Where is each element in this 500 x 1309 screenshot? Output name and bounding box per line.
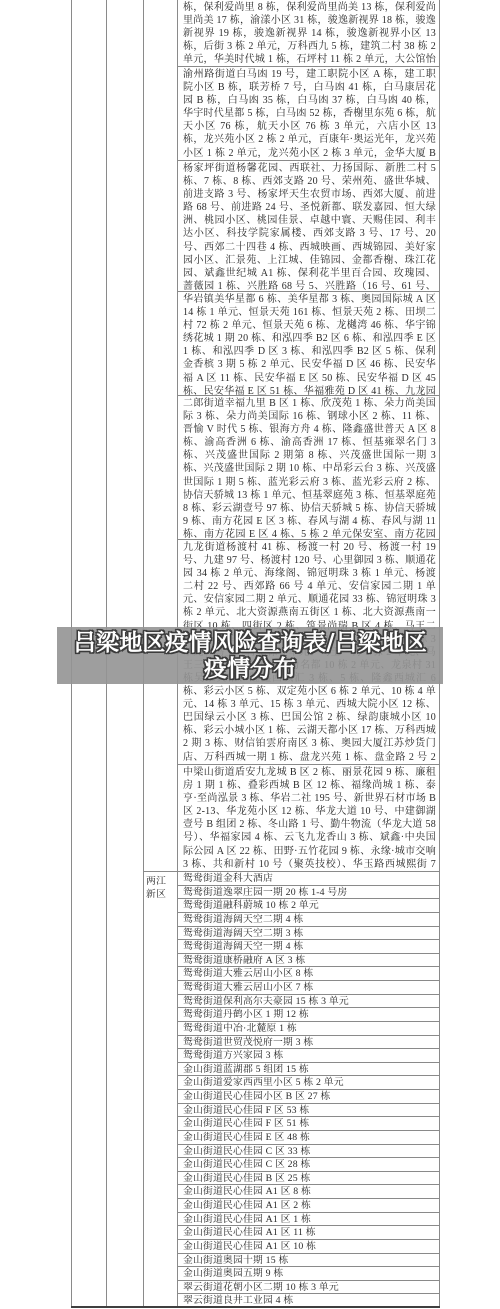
building-row: 鸳鸯街道海阔天空二期 4 栋: [178, 913, 439, 927]
address-cell-huayan: 华岩镇美华星都 6 栋、美华星都 3 栋、奥园国际城 A 区 14 栋 1 单元…: [178, 292, 439, 396]
building-row: 鸳鸯街道海阔天空一期 4 栋: [178, 940, 439, 954]
building-row: 金山街道蓝湖郡 5 组团 15 栋: [178, 1063, 439, 1077]
building-row: 金山街道民心佳园 A1 区 8 栋: [178, 1185, 439, 1199]
building-row: 金山街道奥园五期 9 栋: [178, 1267, 439, 1281]
building-row: 翠云街道良井工业园 4 栋: [178, 1294, 439, 1308]
address-cell-continued: 栋，保利爱尚里 8 栋，保利爱尚里尚美 13 栋，保利爱尚里尚美 17 栋，渝漾…: [178, 0, 439, 67]
building-row: 鸳鸯街道金科大酒店: [178, 872, 439, 886]
address-cell-zhongliangshan: 中梁山街道盾安九龙城 B 区 2 栋、丽景花园 9 栋、廉租房 1 期 1 栋、…: [178, 765, 439, 872]
building-row: 金山街道民心佳园 A1 区 10 栋: [178, 1240, 439, 1254]
building-row: 金山街道民心佳园 A1 区 11 栋: [178, 1226, 439, 1240]
address-column: 栋，保利爱尚里 8 栋，保利爱尚里尚美 13 栋，保利爱尚里尚美 17 栋，渝漾…: [178, 0, 439, 872]
building-row: 金山街道民心佳园 A1 区 1 栋: [178, 1213, 439, 1227]
building-row: 鸳鸯街道方兴家园 3 栋: [178, 1049, 439, 1063]
address-cell-yangjiaping: 杨家坪街道杨馨花园、西联社、力扬国际、新胜二村 5 栋、7 栋、8 栋、西郊支路…: [178, 161, 439, 292]
building-row: 金山街道爱家西西里小区 5 栋 2 单元: [178, 1076, 439, 1090]
building-row-list: 鸳鸯街道金科大酒店鸳鸯街道逸翠庄园一期 20 栋 1-4 号房鸳鸯街道融科蔚城 …: [178, 872, 439, 1308]
building-row: 金山街道奥园十期 15 栋: [178, 1254, 439, 1268]
district-label: 两江新区: [146, 876, 176, 902]
building-row: 鸳鸯街道融科蔚城 10 栋 2 单元: [178, 899, 439, 913]
building-row: 鸳鸯街道康桥融府 A 区 3 栋: [178, 954, 439, 968]
building-row: 金山街道民心佳园 A1 区 2 栋: [178, 1199, 439, 1213]
building-row: 鸳鸯街道世贸茂悦府一期 3 栋: [178, 1036, 439, 1050]
epidemic-risk-table-page: 两江新区 栋，保利爱尚里 8 栋，保利爱尚里尚美 13 栋，保利爱尚里尚美 17…: [0, 0, 500, 1309]
building-row: 鸳鸯街道大雅云居山小区 8 栋: [178, 967, 439, 981]
district-row-divider: [143, 871, 177, 872]
building-row: 鸳鸯街道大雅云居山小区 7 栋: [178, 981, 439, 995]
building-row: 金山街道民心佳园 E 区 48 栋: [178, 1131, 439, 1145]
page-title: 吕梁地区疫情风险查询表/吕梁地区疫情分布: [62, 630, 438, 682]
building-row: 鸳鸯街道海阔天空二期 3 栋: [178, 927, 439, 941]
building-row: 鸳鸯街道保利高尔夫豪园 15 栋 3 单元: [178, 995, 439, 1009]
building-row: 金山街道民心佳园 F 区 53 栋: [178, 1104, 439, 1118]
building-row: 金山街道民心佳园 C 区 28 栋: [178, 1158, 439, 1172]
address-cell-yuzhoulu: 渝州路街道白马凼 19 号，建工职院小区 A 栋，建工职院小区 B 栋，联芳桥 …: [178, 67, 439, 161]
building-row: 金山街道民心佳园小区 B 区 27 栋: [178, 1090, 439, 1104]
building-row: 鸳鸯街道中冶·北麓原 1 栋: [178, 1022, 439, 1036]
building-row: 鸳鸯街道丹鹤小区 1 期 12 栋: [178, 1008, 439, 1022]
building-row: 金山街道民心佳园 F 区 51 栋: [178, 1117, 439, 1131]
building-row: 翠云街道花朝小区二期 10 栋 3 单元: [178, 1281, 439, 1295]
building-row: 金山街道民心佳园 C 区 33 栋: [178, 1145, 439, 1159]
building-row: 金山街道民心佳园 B 区 25 栋: [178, 1172, 439, 1186]
overlay-banner: 吕梁地区疫情风险查询表/吕梁地区疫情分布: [57, 627, 443, 684]
address-cell-erlang: 二郎街道幸福九里 B 区 1 栋、欣茂苑 1 栋、朵力尚美国际 3 栋、朵力尚美…: [178, 396, 439, 540]
building-row: 鸳鸯街道逸翠庄园一期 20 栋 1-4 号房: [178, 886, 439, 900]
